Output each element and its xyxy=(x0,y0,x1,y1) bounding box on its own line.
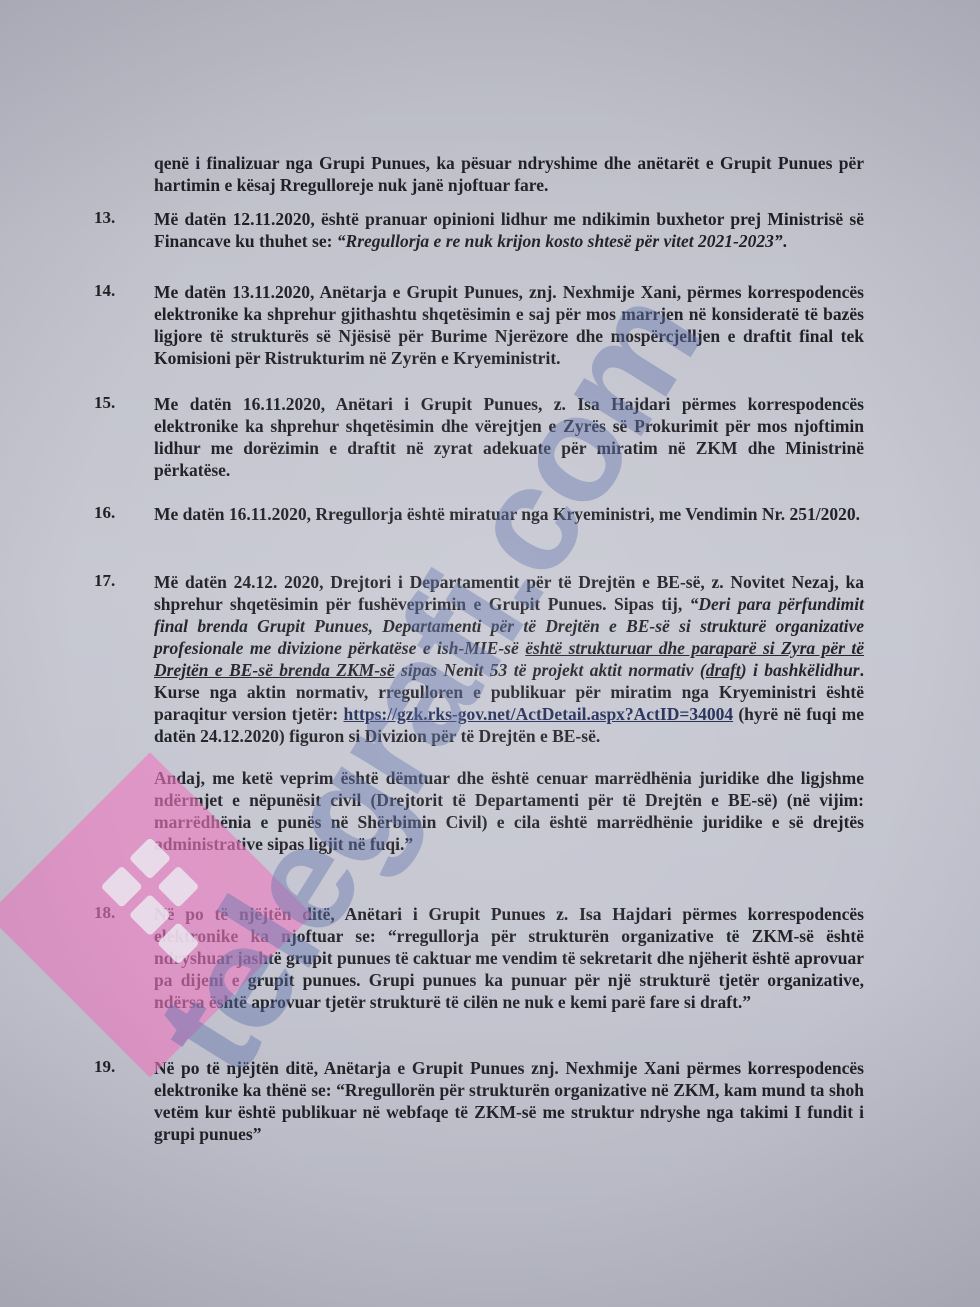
document-page: qenë i finalizuar nga Grupi Punues, ka p… xyxy=(0,0,980,1307)
item-paragraph-2: Andaj, me ketë veprim është dëmtuar dhe … xyxy=(154,767,864,855)
item-text: Më datën 24.12. 2020, Drejtori i Departa… xyxy=(154,571,864,747)
list-item: 15. Me datën 16.11.2020, Anëtari i Grupi… xyxy=(94,393,864,481)
item-number: 16. xyxy=(94,503,144,523)
item-number: 13. xyxy=(94,208,144,228)
list-item: 19. Në po të njëjtën ditë, Anëtarja e Gr… xyxy=(94,1057,864,1145)
item-number: 17. xyxy=(94,571,144,591)
list-item: 14. Me datën 13.11.2020, Anëtarja e Grup… xyxy=(94,281,864,369)
item-text: Me datën 16.11.2020, Anëtari i Grupit Pu… xyxy=(154,393,864,481)
item-number: 14. xyxy=(94,281,144,301)
list-item: 13. Më datën 12.11.2020, është pranuar o… xyxy=(94,208,864,252)
item-number: 18. xyxy=(94,903,144,923)
item-text: Në po të njëjtën ditë, Anëtari i Grupit … xyxy=(154,903,864,1013)
logo-square xyxy=(101,866,143,908)
item-number: 15. xyxy=(94,393,144,413)
list-item: 18. Në po të njëjtën ditë, Anëtari i Gru… xyxy=(94,903,864,1013)
item-text: Më datën 12.11.2020, është pranuar opini… xyxy=(154,208,864,252)
item-text: Në po të njëjtën ditë, Anëtarja e Grupit… xyxy=(154,1057,864,1145)
logo-square xyxy=(157,866,199,908)
list-item: 16. Me datën 16.11.2020, Rregullorja ësh… xyxy=(94,503,864,525)
list-item: 17. Më datën 24.12. 2020, Drejtori i Dep… xyxy=(94,571,864,855)
item-number: 19. xyxy=(94,1057,144,1077)
item-text: Me datën 16.11.2020, Rregullorja është m… xyxy=(154,503,864,525)
act-detail-link[interactable]: https://gzk.rks-gov.net/ActDetail.aspx?A… xyxy=(343,704,733,724)
quote: “Rregullorja e re nuk krijon kosto shtes… xyxy=(337,231,783,251)
intro-continuation: qenë i finalizuar nga Grupi Punues, ka p… xyxy=(154,152,864,196)
item-text: Me datën 13.11.2020, Anëtarja e Grupit P… xyxy=(154,281,864,369)
